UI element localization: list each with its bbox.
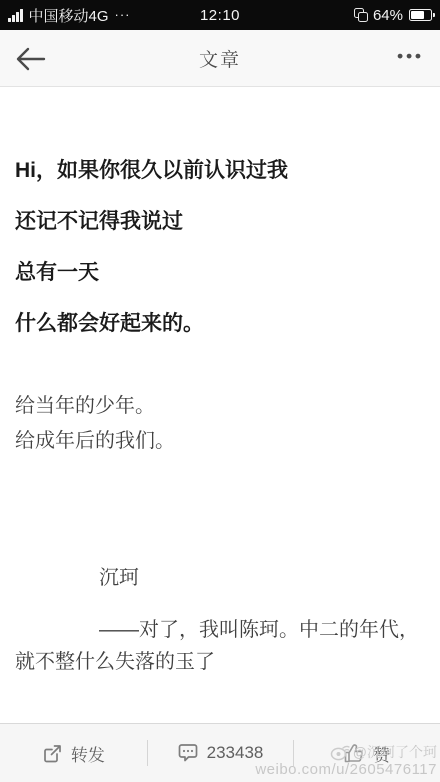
like-button[interactable]: 赞 (293, 724, 440, 782)
comment-icon (177, 743, 199, 764)
article-line: ——对了，我叫陈珂。中二的年代， (15, 616, 428, 644)
status-bar: 中国移动4G ··· 12:10 64% (0, 0, 440, 30)
article-line: 给当年的少年。 (15, 389, 428, 424)
repost-button[interactable]: 转发 (0, 724, 147, 782)
article-line: 什么都会好起来的。 (15, 310, 428, 338)
article-line: 总有一天 (15, 259, 428, 287)
more-options-icon[interactable]: ••• (397, 46, 424, 66)
phone-screen: 中国移动4G ··· 12:10 64% 文章 ••• Hi，如果你很久以前认识… (0, 0, 440, 782)
battery-icon (409, 9, 432, 21)
comment-count: 233438 (207, 743, 264, 763)
thumbs-up-icon (343, 743, 365, 764)
repost-icon (42, 743, 63, 764)
status-right: 64% (354, 0, 432, 30)
article-line: Hi，如果你很久以前认识过我 (15, 157, 428, 185)
data-usage-icon (354, 8, 368, 22)
article-body: Hi，如果你很久以前认识过我 还记不记得我说过 总有一天 什么都会好起来的。 给… (0, 87, 440, 723)
action-toolbar: 转发 233438 赞 (0, 723, 440, 782)
like-label: 赞 (373, 741, 390, 766)
nav-bar: 文章 ••• (0, 30, 440, 87)
article-line: 还记不记得我说过 (15, 208, 428, 236)
article-line: 给成年后的我们。 (15, 424, 428, 459)
page-title: 文章 (0, 45, 440, 72)
battery-percent: 64% (373, 7, 403, 24)
article-line: 就不整什么失落的玉了 (15, 648, 428, 676)
article-line: 沉珂 (15, 564, 428, 592)
repost-label: 转发 (71, 741, 105, 766)
comments-button[interactable]: 233438 (147, 724, 294, 782)
